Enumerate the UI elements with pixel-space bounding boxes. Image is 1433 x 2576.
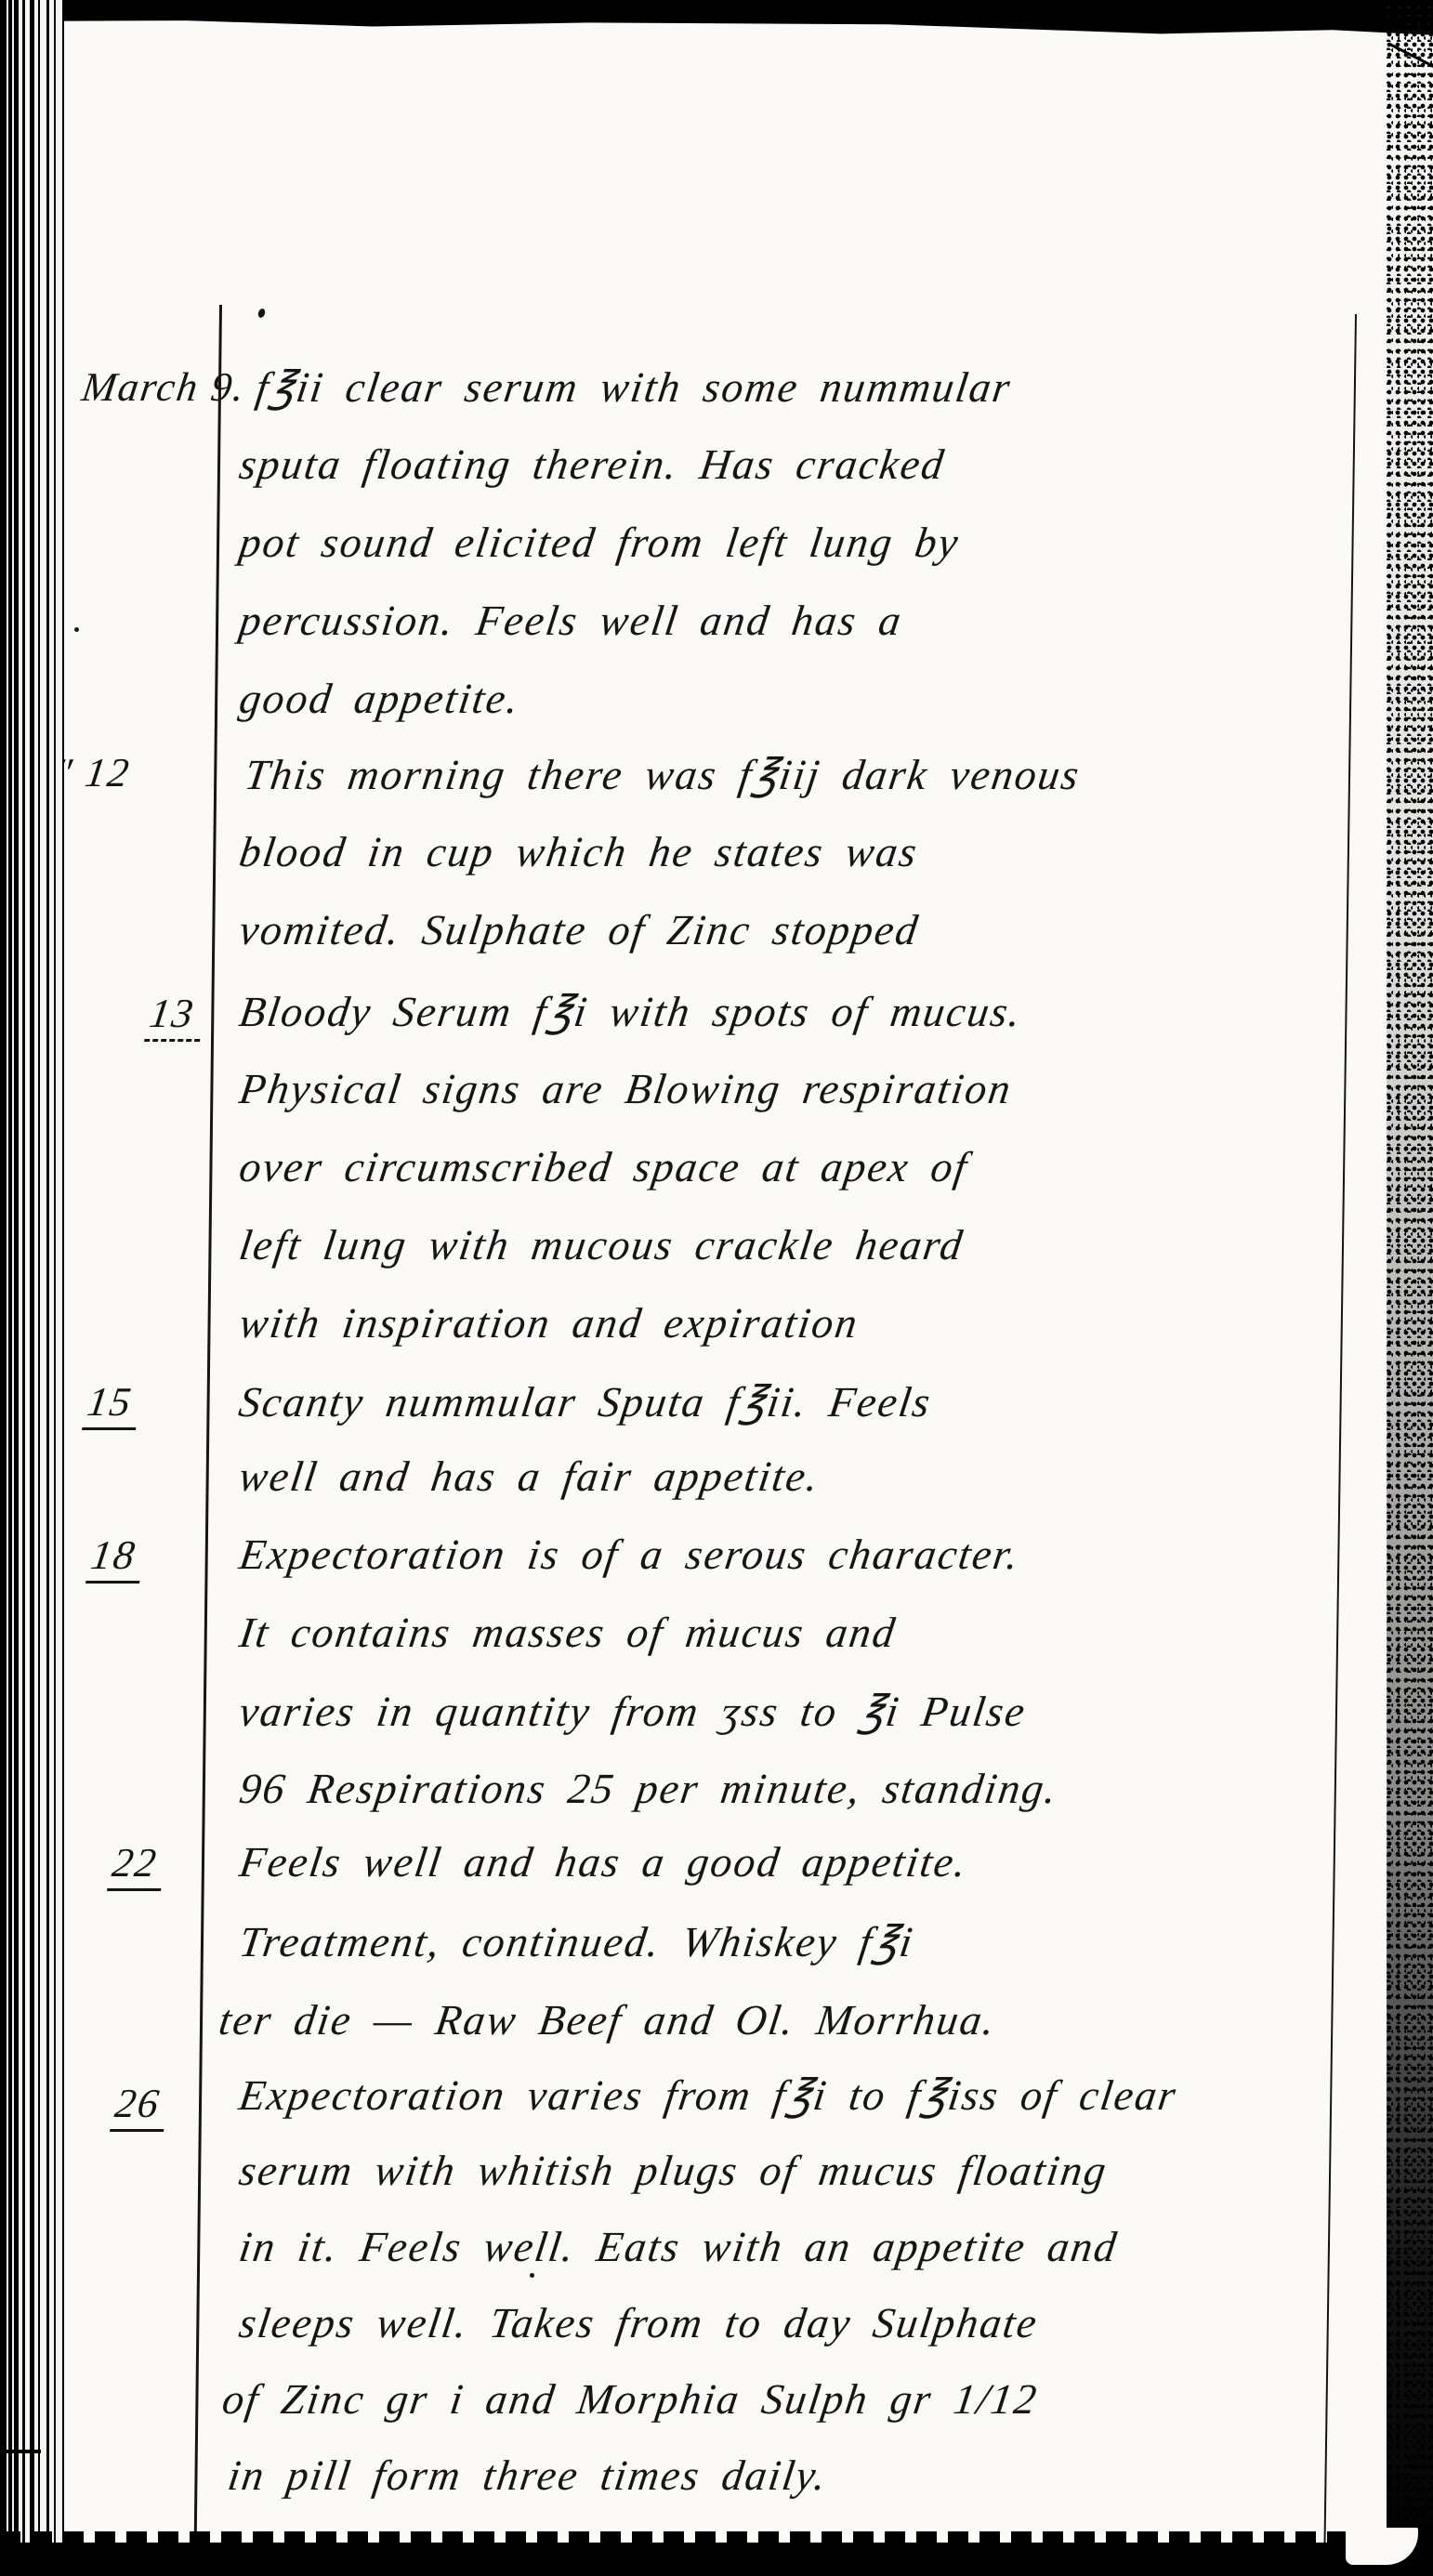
entry-date: 26 [110,2080,171,2132]
journal-entry: 22 Feels well and has a good appetite. T… [0,1837,1433,2074]
entry-line: blood in cup which he states was [232,827,1433,905]
page-edge-speckle [1387,0,1433,2576]
entry-line: Expectoration varies from f℥i to f℥iss o… [232,2070,1433,2146]
entry-line: with inspiration and expiration [232,1298,1433,1376]
entry-line: It contains masses of mucus and [232,1608,1433,1686]
entry-line: Bloody Serum f℥i with spots of mucus. [232,986,1433,1064]
entry-line: in it. Feels well. Eats with an appetite… [232,2222,1433,2298]
entry-line: Physical signs are Blowing respiration [232,1064,1433,1142]
ink-speck [257,308,267,319]
entry-line: of Zinc gr i and Morphia Sulph gr 1/12 [216,2374,1433,2451]
entry-line: over circumscribed space at apex of [232,1142,1433,1220]
entry-line: pot sound elicited from left lung by [232,518,1433,596]
entry-line: sputa floating therein. Has cracked [232,440,1433,518]
journal-entry: 15 Scanty nummular Sputa f℥ii. Feels wel… [0,1376,1433,1527]
scan-bottom-band [0,2543,1433,2576]
entry-line: This morning there was f℥iij dark venous [238,749,1433,827]
entry-date: 13 [144,990,207,1042]
entry-line: Expectoration is of a serous character. [232,1530,1433,1608]
entry-line: percussion. Feels well and has a [232,596,1433,674]
entry-line: serum with whitish plugs of mucus floati… [232,2146,1433,2222]
entry-line: good appetite. [232,674,1433,752]
scan-top-band [0,0,1433,43]
entry-line: varies in quantity from ʒss to ℥i Pulse [232,1686,1433,1764]
journal-entry: 18 Expectoration is of a serous characte… [0,1530,1433,1842]
binding-tick-mark [0,2450,41,2453]
entry-line: Treatment, continued. Whiskey f℥i [232,1916,1433,1995]
entry-line: vomited. Sulphate of Zinc stopped [232,905,1433,983]
entry-date: 15 [82,1378,143,1430]
entry-line: left lung with mucous crackle heard [232,1220,1433,1298]
entry-line: ter die — Raw Beef and Ol. Morrhua. [212,1995,1433,2074]
entry-line: well and has a fair appetite. [232,1452,1433,1527]
entry-line: Feels well and has a good appetite. [232,1837,1433,1916]
entry-line: in pill form three times daily. [221,2451,1433,2527]
entry-line: 96 Respirations 25 per minute, standing. [232,1764,1433,1842]
entry-date: 18 [85,1531,147,1584]
journal-entry: 26 Expectoration varies from f℥i to f℥is… [0,2070,1433,2527]
journal-entry: 13 Bloody Serum f℥i with spots of mucus.… [0,986,1433,1376]
entry-line: sleeps well. Takes from to day Sulphate [232,2298,1433,2374]
journal-entry: March 9. f℥ii clear serum with some numm… [0,361,1433,752]
entry-date: March 9. [79,363,249,411]
book-binding-edge [0,0,74,2576]
entry-line: Scanty nummular Sputa f℥ii. Feels [232,1376,1433,1452]
entry-date: 22 [107,1839,168,1891]
entry-line: f℥ii clear serum with some nummular [249,361,1433,440]
journal-entry: " 12 This morning there was f℥iij dark v… [0,749,1433,983]
casebook-page: March 9. f℥ii clear serum with some numm… [0,0,1433,2576]
